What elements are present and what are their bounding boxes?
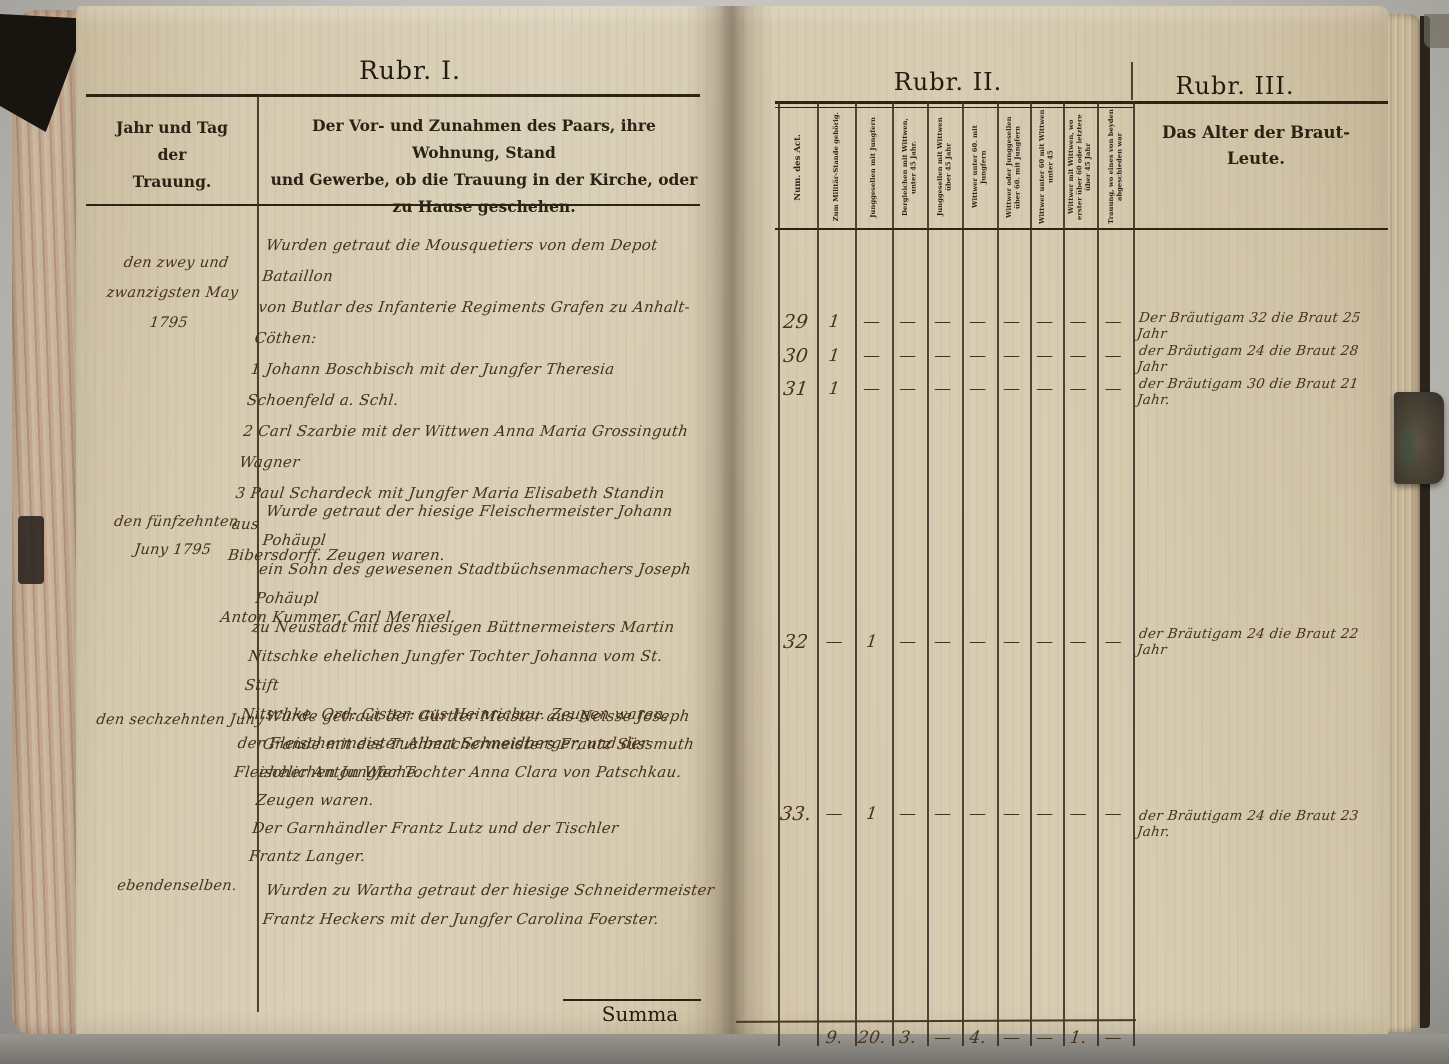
row-mark: — (889, 379, 926, 399)
col-header-dergleichen-wittwen: Dergleichen mit Wittwen, unter 45 Jahr. (892, 108, 927, 226)
row-mark: 1 (814, 312, 854, 332)
column-line (927, 101, 929, 1046)
row-mark: — (959, 312, 996, 332)
table-shadow (0, 1034, 1449, 1064)
row-mark: — (814, 804, 854, 824)
page-edges-right (1388, 14, 1420, 1032)
summa-value: — (1027, 1028, 1062, 1048)
row-mark: — (1094, 632, 1132, 652)
row-mark: — (889, 804, 926, 824)
entry-text: Wurde getraut der Gürtler Meister aus Ne… (247, 702, 720, 870)
row-mark: — (889, 346, 926, 366)
col-header-num-des-act: Num. des Act. (778, 108, 817, 226)
row-mark: — (1027, 379, 1062, 399)
row-mark: — (1094, 379, 1132, 399)
col-header-wittwer-wittwen-aelter: Wittwer mit Wittwen, wo erster über 60 o… (1063, 108, 1097, 226)
row-mark: 1 (852, 804, 891, 824)
row-mark: — (1027, 804, 1062, 824)
row-mark: — (959, 632, 996, 652)
summa-value: — (924, 1028, 961, 1048)
row-mark: — (1094, 312, 1132, 332)
register-row: 33. — 1 — — — — — — — (775, 800, 1133, 828)
summa-value: 4. (959, 1028, 996, 1048)
register-row: 32 — 1 — — — — — — — (775, 628, 1133, 656)
row-mark: — (1094, 346, 1132, 366)
column-line (962, 101, 964, 1046)
row-mark: — (924, 312, 961, 332)
row-mark: — (852, 346, 891, 366)
column-line (1030, 101, 1032, 1046)
row-mark: — (924, 804, 961, 824)
row-mark: — (1060, 804, 1096, 824)
right-header-rule-top (775, 101, 1388, 104)
row-mark: — (959, 346, 996, 366)
col-header-junggesellen-wittwen-ueber-45: Junggesellen mit Wittwen über 45 Jahr (927, 108, 962, 226)
summa-label: Summa (585, 1002, 695, 1026)
row-mark: 1 (814, 346, 854, 366)
row-mark: — (1060, 346, 1096, 366)
summa-value: 20. (852, 1028, 891, 1048)
row-num: 29 (775, 311, 817, 333)
age-entry: der Bräutigam 24 die Braut 28 Jahr (1136, 343, 1388, 375)
clasp-verdigris (1398, 420, 1418, 472)
rubric1-title: Rubr. I. (310, 56, 510, 85)
row-mark: — (1060, 379, 1096, 399)
col-header-junggesellen-jungfern: Junggesellen mit Jungfern (855, 108, 892, 226)
row-mark: — (959, 379, 996, 399)
summa-value: — (1094, 1028, 1132, 1048)
rubric3-header: Das Alter der Braut- Leute. (1142, 120, 1370, 172)
column-line (1063, 101, 1065, 1046)
col-header-militaer: Zum Militär-Stande gehörig. (817, 108, 855, 226)
row-mark: — (994, 379, 1029, 399)
row-mark: — (994, 346, 1029, 366)
register-row: 30 1 — — — — — — — — (775, 342, 1133, 370)
summa-row: 9. 20. 3. — 4. — — 1. — (814, 1024, 1133, 1052)
entry-date: den fünfzehnten Juny 1795 (95, 508, 254, 564)
col-header-wittwer-unter-60-jungfern: Wittwer unter 60. mit Jungfern (962, 108, 997, 226)
col-header-wittwer-ueber-60-jungfern: Wittwer oder Junggesellen über 60. mit J… (997, 108, 1030, 226)
row-mark: — (852, 312, 891, 332)
rubric-title-divider (1131, 62, 1133, 100)
row-num: 30 (775, 345, 817, 367)
age-entry: Der Bräutigam 32 die Braut 25 Jahr (1136, 310, 1388, 342)
column-line (1097, 101, 1099, 1046)
summa-value: 9. (814, 1028, 854, 1048)
row-mark: — (889, 312, 926, 332)
row-mark: — (959, 804, 996, 824)
col-header-wittwer-wittwen-unter-45: Wittwer unter 60 mit Wittwen unter 45 (1030, 108, 1063, 226)
left-header-rule-bottom (86, 204, 700, 206)
summa-value: — (994, 1028, 1029, 1048)
row-mark: 1 (814, 379, 854, 399)
row-mark: — (924, 632, 961, 652)
column-line (817, 101, 819, 1046)
row-mark: — (994, 804, 1029, 824)
row-num: 31 (775, 378, 817, 400)
register-row: 29 1 — — — — — — — — (775, 308, 1133, 336)
row-mark: — (1094, 804, 1132, 824)
row-mark: — (1060, 632, 1096, 652)
row-mark: — (994, 632, 1029, 652)
row-mark: — (1060, 312, 1096, 332)
left-header-rule-top (86, 94, 700, 97)
right-header-rule-bottom (775, 228, 1388, 230)
rubric2-title: Rubr. II. (848, 68, 1048, 96)
summa-value: 1. (1060, 1028, 1096, 1048)
age-entry: der Bräutigam 24 die Braut 23 Jahr. (1136, 808, 1388, 840)
row-mark: — (889, 632, 926, 652)
col-header-trauung-abgeschieden: Trauung, wo eines von beyden abgeschiede… (1097, 108, 1133, 226)
left-edge-dark-patch (18, 516, 44, 584)
row-mark: — (924, 346, 961, 366)
column-line (778, 101, 780, 1046)
register-row: 31 1 — — — — — — — — (775, 375, 1133, 403)
entry-text: Wurden zu Wartha getraut der hiesige Sch… (261, 876, 720, 934)
column-line (997, 101, 999, 1046)
row-mark: — (994, 312, 1029, 332)
marriage-register-photo: Rubr. I. Jahr und Tag der Trauung. Der V… (0, 0, 1449, 1064)
header-jahr-und-tag: Jahr und Tag der Trauung. (92, 114, 252, 195)
row-mark: — (1027, 632, 1062, 652)
row-mark: — (852, 379, 891, 399)
row-mark: — (924, 379, 961, 399)
column-line (892, 101, 894, 1046)
row-mark: 1 (852, 632, 891, 652)
row-mark: — (814, 632, 854, 652)
column-line (855, 101, 857, 1046)
entry-date: ebendenselben. (100, 878, 254, 894)
rubric3-title: Rubr. III. (1135, 72, 1335, 100)
summa-value: 3. (889, 1028, 926, 1048)
age-entry: der Bräutigam 24 die Braut 22 Jahr (1136, 626, 1388, 658)
summa-rule-left (563, 999, 701, 1001)
row-num: 32 (775, 631, 817, 653)
book-cover-edge-right (1420, 16, 1430, 1028)
row-num: 33. (775, 803, 817, 825)
row-mark: — (1027, 346, 1062, 366)
entry-date: den sechzehnten Juny (94, 712, 266, 728)
entry-date: den zwey und zwanzigsten May 1795 (91, 248, 254, 338)
book-cover-corner-top-right (1424, 14, 1449, 48)
age-entry: der Bräutigam 30 die Braut 21 Jahr. (1136, 376, 1388, 408)
column-line (1133, 101, 1135, 1046)
row-mark: — (1027, 312, 1062, 332)
